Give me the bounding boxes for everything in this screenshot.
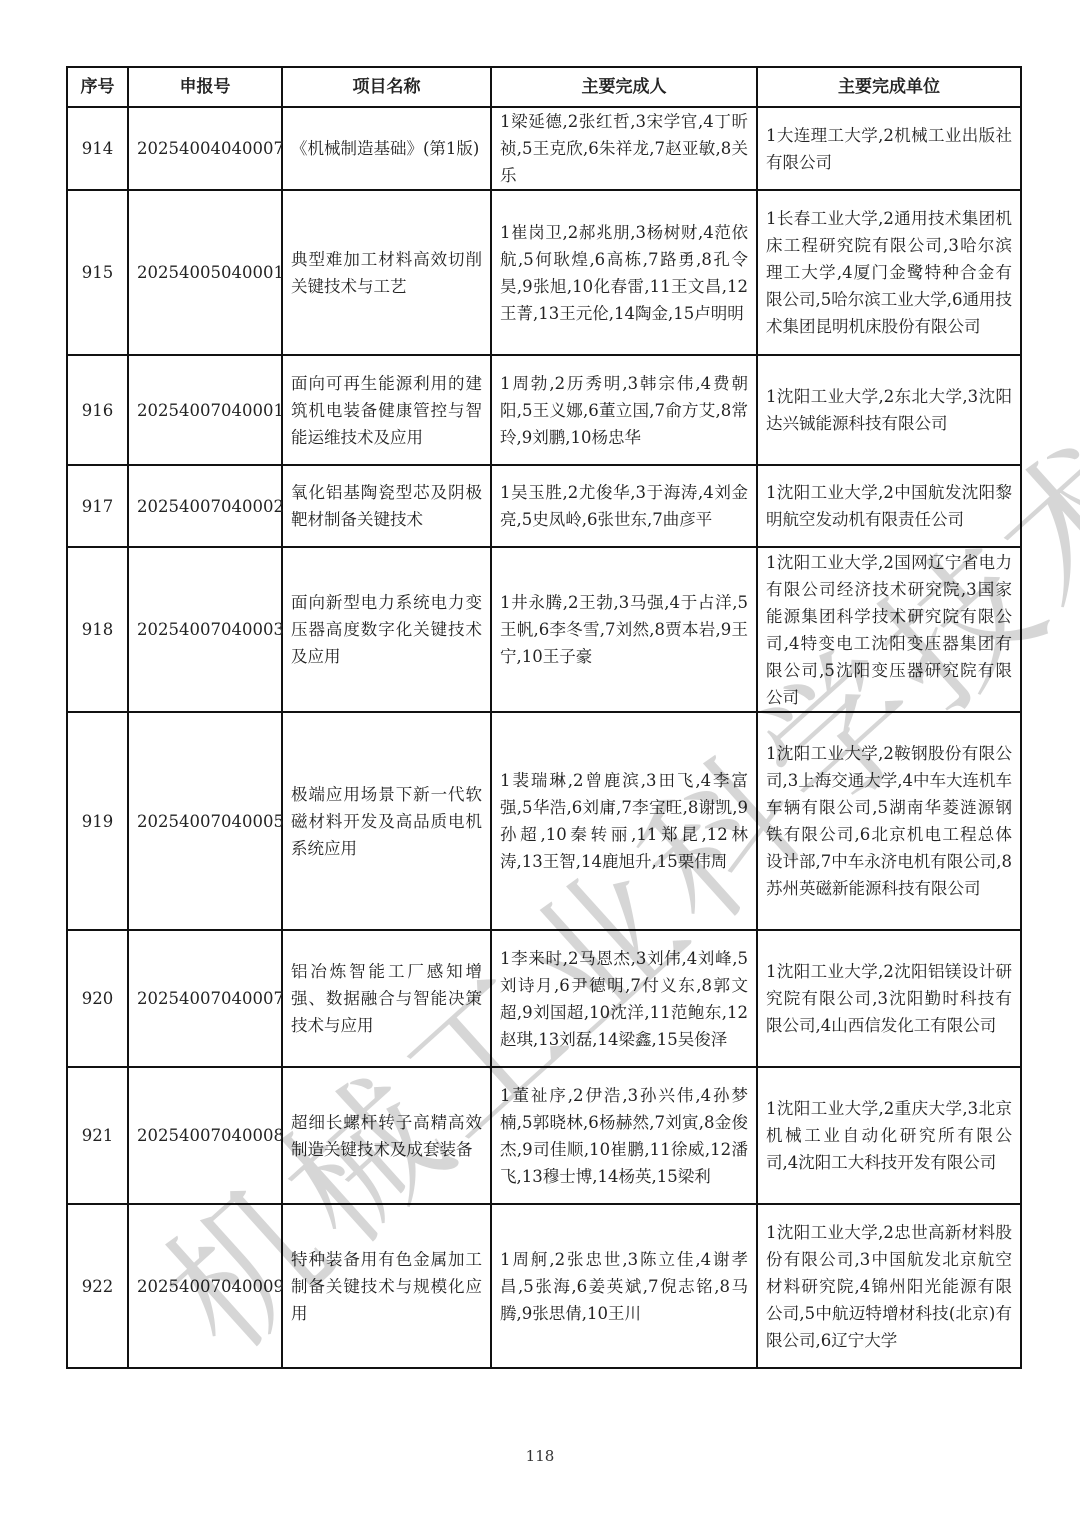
cell-people: 1裴瑞琳,2曾鹿滨,3田飞,4李富强,5华浩,6刘庸,7李宝旺,8谢凯,9孙超,… (491, 712, 757, 930)
cell-name: 《机械制造基础》(第1版) (282, 107, 491, 190)
cell-seq: 922 (67, 1204, 128, 1368)
table-row: 919 20254007040005 极端应用场景下新一代软磁材料开发及高品质电… (67, 712, 1021, 930)
cell-code: 20254007040008 (128, 1067, 282, 1204)
header-name: 项目名称 (282, 67, 491, 107)
cell-units: 1沈阳工业大学,2忠世高新材料股份有限公司,3中国航发北京航空材料研究院,4锦州… (757, 1204, 1021, 1368)
cell-units: 1沈阳工业大学,2中国航发沈阳黎明航空发动机有限责任公司 (757, 465, 1021, 547)
cell-seq: 917 (67, 465, 128, 547)
cell-name: 铝冶炼智能工厂感知增强、数据融合与智能决策技术与应用 (282, 930, 491, 1067)
document-page: 序号 申报号 项目名称 主要完成人 主要完成单位 914 20254004040… (0, 0, 1080, 1527)
cell-code: 20254007040001 (128, 355, 282, 465)
cell-people: 1周舸,2张忠世,3陈立佳,4谢孝昌,5张海,6姜英斌,7倪志铭,8马腾,9张思… (491, 1204, 757, 1368)
cell-code: 20254007040005 (128, 712, 282, 930)
page-number: 118 (0, 1447, 1080, 1465)
table-row: 916 20254007040001 面向可再生能源利用的建筑机电装备健康管控与… (67, 355, 1021, 465)
cell-name: 超细长螺杆转子高精高效制造关键技术及成套装备 (282, 1067, 491, 1204)
cell-name: 氧化铝基陶瓷型芯及阴极靶材制备关键技术 (282, 465, 491, 547)
table-row: 921 20254007040008 超细长螺杆转子高精高效制造关键技术及成套装… (67, 1067, 1021, 1204)
cell-people: 1周勃,2历秀明,3韩宗伟,4费朝阳,5王义娜,6董立国,7俞方艾,8常玲,9刘… (491, 355, 757, 465)
cell-code: 20254005040001 (128, 190, 282, 355)
cell-people: 1吴玉胜,2尤俊华,3于海涛,4刘金亮,5史凤岭,6张世东,7曲彦平 (491, 465, 757, 547)
header-units: 主要完成单位 (757, 67, 1021, 107)
cell-units: 1沈阳工业大学,2鞍钢股份有限公司,3上海交通大学,4中车大连机车车辆有限公司,… (757, 712, 1021, 930)
cell-code: 20254007040009 (128, 1204, 282, 1368)
cell-units: 1长春工业大学,2通用技术集团机床工程研究院有限公司,3哈尔滨理工大学,4厦门金… (757, 190, 1021, 355)
cell-name: 极端应用场景下新一代软磁材料开发及高品质电机系统应用 (282, 712, 491, 930)
cell-people: 1梁延德,2张红哲,3宋学官,4丁昕祯,5王克欣,6朱祥龙,7赵亚敏,8关乐 (491, 107, 757, 190)
cell-seq: 916 (67, 355, 128, 465)
cell-code: 20254007040003 (128, 547, 282, 712)
cell-people: 1井永腾,2王勃,3马强,4于占洋,5王帆,6李冬雪,7刘然,8贾本岩,9王宁,… (491, 547, 757, 712)
cell-seq: 919 (67, 712, 128, 930)
cell-people: 1崔岗卫,2郝兆朋,3杨树财,4范依航,5何耿煌,6高栋,7路勇,8孔令昊,9张… (491, 190, 757, 355)
cell-seq: 918 (67, 547, 128, 712)
table-row: 922 20254007040009 特种装备用有色金属加工制备关键技术与规模化… (67, 1204, 1021, 1368)
cell-code: 20254007040007 (128, 930, 282, 1067)
cell-units: 1沈阳工业大学,2重庆大学,3北京机械工业自动化研究所有限公司,4沈阳工大科技开… (757, 1067, 1021, 1204)
header-seq: 序号 (67, 67, 128, 107)
table-row: 917 20254007040002 氧化铝基陶瓷型芯及阴极靶材制备关键技术 1… (67, 465, 1021, 547)
header-code: 申报号 (128, 67, 282, 107)
cell-seq: 921 (67, 1067, 128, 1204)
award-projects-table: 序号 申报号 项目名称 主要完成人 主要完成单位 914 20254004040… (66, 66, 1022, 1369)
cell-units: 1沈阳工业大学,2沈阳铝镁设计研究院有限公司,3沈阳勤时科技有限公司,4山西信发… (757, 930, 1021, 1067)
cell-people: 1董祉序,2伊浩,3孙兴伟,4孙梦楠,5郭晓林,6杨赫然,7刘寅,8金俊杰,9司… (491, 1067, 757, 1204)
cell-name: 面向新型电力系统电力变压器高度数字化关键技术及应用 (282, 547, 491, 712)
cell-code: 20254004040007 (128, 107, 282, 190)
cell-seq: 915 (67, 190, 128, 355)
table-header-row: 序号 申报号 项目名称 主要完成人 主要完成单位 (67, 67, 1021, 107)
cell-units: 1大连理工大学,2机械工业出版社有限公司 (757, 107, 1021, 190)
cell-units: 1沈阳工业大学,2国网辽宁省电力有限公司经济技术研究院,3国家能源集团科学技术研… (757, 547, 1021, 712)
cell-people: 1李来时,2马恩杰,3刘伟,4刘峰,5刘诗月,6尹德明,7付义东,8郭文超,9刘… (491, 930, 757, 1067)
cell-units: 1沈阳工业大学,2东北大学,3沈阳达兴铖能源科技有限公司 (757, 355, 1021, 465)
cell-name: 面向可再生能源利用的建筑机电装备健康管控与智能运维技术及应用 (282, 355, 491, 465)
cell-seq: 920 (67, 930, 128, 1067)
cell-name: 特种装备用有色金属加工制备关键技术与规模化应用 (282, 1204, 491, 1368)
table-row: 918 20254007040003 面向新型电力系统电力变压器高度数字化关键技… (67, 547, 1021, 712)
table-row: 914 20254004040007 《机械制造基础》(第1版) 1梁延德,2张… (67, 107, 1021, 190)
cell-name: 典型难加工材料高效切削关键技术与工艺 (282, 190, 491, 355)
header-people: 主要完成人 (491, 67, 757, 107)
table-row: 920 20254007040007 铝冶炼智能工厂感知增强、数据融合与智能决策… (67, 930, 1021, 1067)
cell-code: 20254007040002 (128, 465, 282, 547)
cell-seq: 914 (67, 107, 128, 190)
table-row: 915 20254005040001 典型难加工材料高效切削关键技术与工艺 1崔… (67, 190, 1021, 355)
